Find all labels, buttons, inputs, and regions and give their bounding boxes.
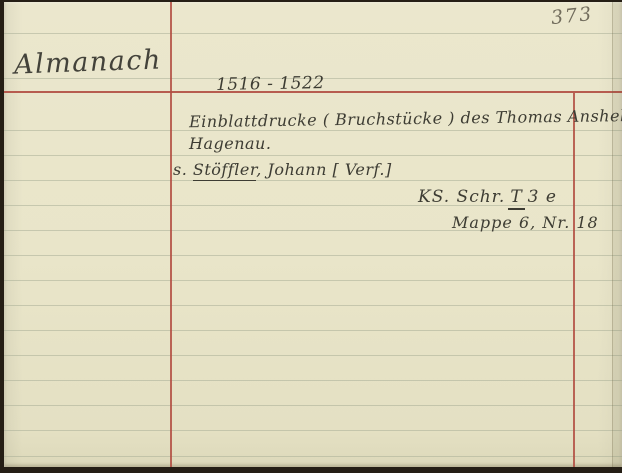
shelfmark-line-1: KS. Schr.T3 e	[418, 188, 557, 207]
index-card: Almanach 373 1516 - 1522 Einblattdrucke …	[4, 2, 622, 467]
ruled-line	[4, 155, 622, 156]
ruled-line	[4, 430, 622, 431]
cross-reference-prefix: s.	[173, 160, 193, 179]
adjacent-card-strip	[613, 2, 622, 467]
shelfmark-letter-underlined: T	[508, 187, 524, 210]
ruled-line	[4, 255, 622, 256]
subject-heading: Almanach	[14, 45, 163, 80]
cross-reference-line: s. Stöffler, Johann [ Verf.]	[173, 161, 392, 179]
ruled-line	[4, 380, 622, 381]
card-edge-crease	[612, 2, 613, 467]
ruled-line	[4, 330, 622, 331]
shelfmark-prefix: KS. Schr.	[418, 187, 505, 207]
shelfmark-line-2: Mappe 6, Nr. 18	[452, 214, 599, 232]
ruled-line	[4, 180, 622, 181]
red-margin-rule-right	[573, 93, 575, 467]
shelfmark-suffix: 3 e	[528, 187, 557, 207]
description-line-2: Hagenau.	[189, 135, 271, 153]
ruled-line	[4, 33, 622, 34]
description-line-1: Einblattdrucke ( Bruchstücke ) des Thoma…	[189, 107, 622, 131]
ruled-line	[4, 456, 622, 457]
ruled-line	[4, 405, 622, 406]
ruled-line	[4, 355, 622, 356]
ruled-line	[4, 305, 622, 306]
cross-reference-rest: , Johann [ Verf.]	[256, 160, 391, 179]
ruled-line	[4, 280, 622, 281]
red-margin-rule-left	[170, 2, 172, 467]
cross-reference-name-underlined: Stöffler	[193, 160, 256, 181]
ruled-line	[4, 130, 622, 131]
date-range: 1516 - 1522	[216, 74, 325, 95]
catalog-card-scan: Almanach 373 1516 - 1522 Einblattdrucke …	[0, 0, 622, 473]
corner-number: 373	[550, 4, 594, 29]
